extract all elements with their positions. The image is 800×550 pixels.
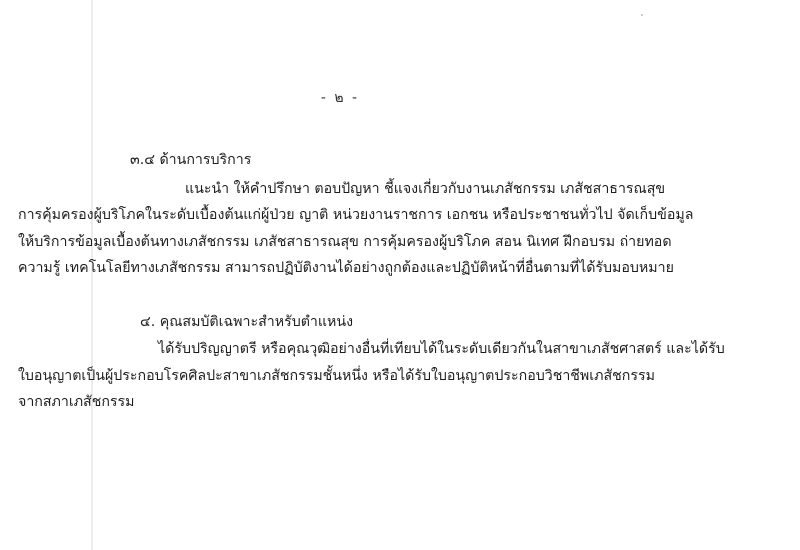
qualifications-paragraph-line: ใบอนุญาตเป็นผู้ประกอบโรคศิลปะสาขาเภสัชกร… bbox=[18, 366, 655, 386]
scanned-document-page: - ๒ - ๓.๔ ด้านการบริการ แนะนำ ให้คำปรึกษ… bbox=[0, 0, 800, 550]
page-number: - ๒ - bbox=[0, 87, 680, 109]
service-paragraph-line: ความรู้ เทคโนโลยีทางเภสัชกรรม สามารถปฏิบ… bbox=[18, 258, 674, 278]
qualifications-paragraph-line: จากสภาเภสัชกรรม bbox=[18, 392, 135, 412]
section-heading-qualifications: ๔. คุณสมบัติเฉพาะสำหรับตำแหน่ง bbox=[140, 312, 353, 332]
scan-speck bbox=[641, 14, 643, 16]
service-paragraph-line: แนะนำ ให้คำปรึกษา ตอบปัญหา ชี้แจงเกี่ยวก… bbox=[185, 179, 665, 199]
service-paragraph-line: การคุ้มครองผู้บริโภคในระดับเบื้องต้นแก่ผ… bbox=[18, 205, 693, 225]
qualifications-paragraph-line: ได้รับปริญญาตรี หรือคุณวุฒิอย่างอื่นที่เ… bbox=[158, 339, 725, 359]
service-paragraph-line: ให้บริการข้อมูลเบื้องต้นทางเภสัชกรรม เภส… bbox=[18, 232, 672, 252]
section-heading-service: ๓.๔ ด้านการบริการ bbox=[130, 150, 251, 170]
